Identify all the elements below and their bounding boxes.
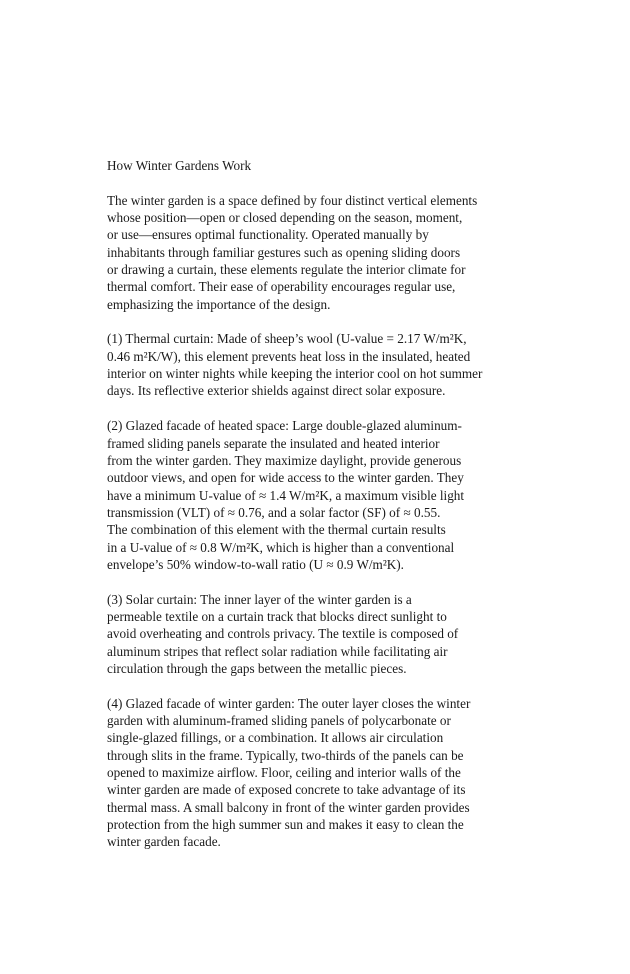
text-line: envelope’s 50% window-to-wall ratio (U ≈… xyxy=(107,556,527,573)
text-line: The combination of this element with the… xyxy=(107,521,527,538)
text-line: opened to maximize airflow. Floor, ceili… xyxy=(107,764,527,781)
text-line: The winter garden is a space defined by … xyxy=(107,192,527,209)
text-line: outdoor views, and open for wide access … xyxy=(107,469,527,486)
text-line: permeable textile on a curtain track tha… xyxy=(107,608,527,625)
text-line: 0.46 m²K/W), this element prevents heat … xyxy=(107,348,527,365)
text-line: thermal comfort. Their ease of operabili… xyxy=(107,278,527,295)
text-line: through slits in the frame. Typically, t… xyxy=(107,747,527,764)
text-line: aluminum stripes that reflect solar radi… xyxy=(107,643,527,660)
text-line: interior on winter nights while keeping … xyxy=(107,365,527,382)
text-line: have a minimum U-value of ≈ 1.4 W/m²K, a… xyxy=(107,487,527,504)
text-line: (4) Glazed facade of winter garden: The … xyxy=(107,695,527,712)
document-title: How Winter Gardens Work xyxy=(107,157,527,174)
text-line: protection from the high summer sun and … xyxy=(107,816,527,833)
text-line: winter garden are made of exposed concre… xyxy=(107,781,527,798)
text-line: inhabitants through familiar gestures su… xyxy=(107,244,527,261)
text-line: single-glazed fillings, or a combination… xyxy=(107,729,527,746)
paragraph-thermal-curtain: (1) Thermal curtain: Made of sheep’s woo… xyxy=(107,330,527,399)
text-line: (1) Thermal curtain: Made of sheep’s woo… xyxy=(107,330,527,347)
paragraph-solar-curtain: (3) Solar curtain: The inner layer of th… xyxy=(107,591,527,678)
text-line: (2) Glazed facade of heated space: Large… xyxy=(107,417,527,434)
document-page: How Winter Gardens Work The winter garde… xyxy=(107,157,527,868)
text-line: days. Its reflective exterior shields ag… xyxy=(107,382,527,399)
text-line: or use—ensures optimal functionality. Op… xyxy=(107,226,527,243)
paragraph-intro: The winter garden is a space defined by … xyxy=(107,192,527,313)
text-line: emphasizing the importance of the design… xyxy=(107,296,527,313)
text-line: whose position—open or closed depending … xyxy=(107,209,527,226)
text-line: from the winter garden. They maximize da… xyxy=(107,452,527,469)
text-line: in a U-value of ≈ 0.8 W/m²K, which is hi… xyxy=(107,539,527,556)
text-line: circulation through the gaps between the… xyxy=(107,660,527,677)
text-line: avoid overheating and controls privacy. … xyxy=(107,625,527,642)
text-line: (3) Solar curtain: The inner layer of th… xyxy=(107,591,527,608)
text-line: transmission (VLT) of ≈ 0.76, and a sola… xyxy=(107,504,527,521)
paragraph-glazed-facade-winter-garden: (4) Glazed facade of winter garden: The … xyxy=(107,695,527,851)
text-line: garden with aluminum-framed sliding pane… xyxy=(107,712,527,729)
text-line: winter garden facade. xyxy=(107,833,527,850)
paragraph-glazed-facade-heated-space: (2) Glazed facade of heated space: Large… xyxy=(107,417,527,573)
text-line: or drawing a curtain, these elements reg… xyxy=(107,261,527,278)
text-line: framed sliding panels separate the insul… xyxy=(107,435,527,452)
text-line: thermal mass. A small balcony in front o… xyxy=(107,799,527,816)
